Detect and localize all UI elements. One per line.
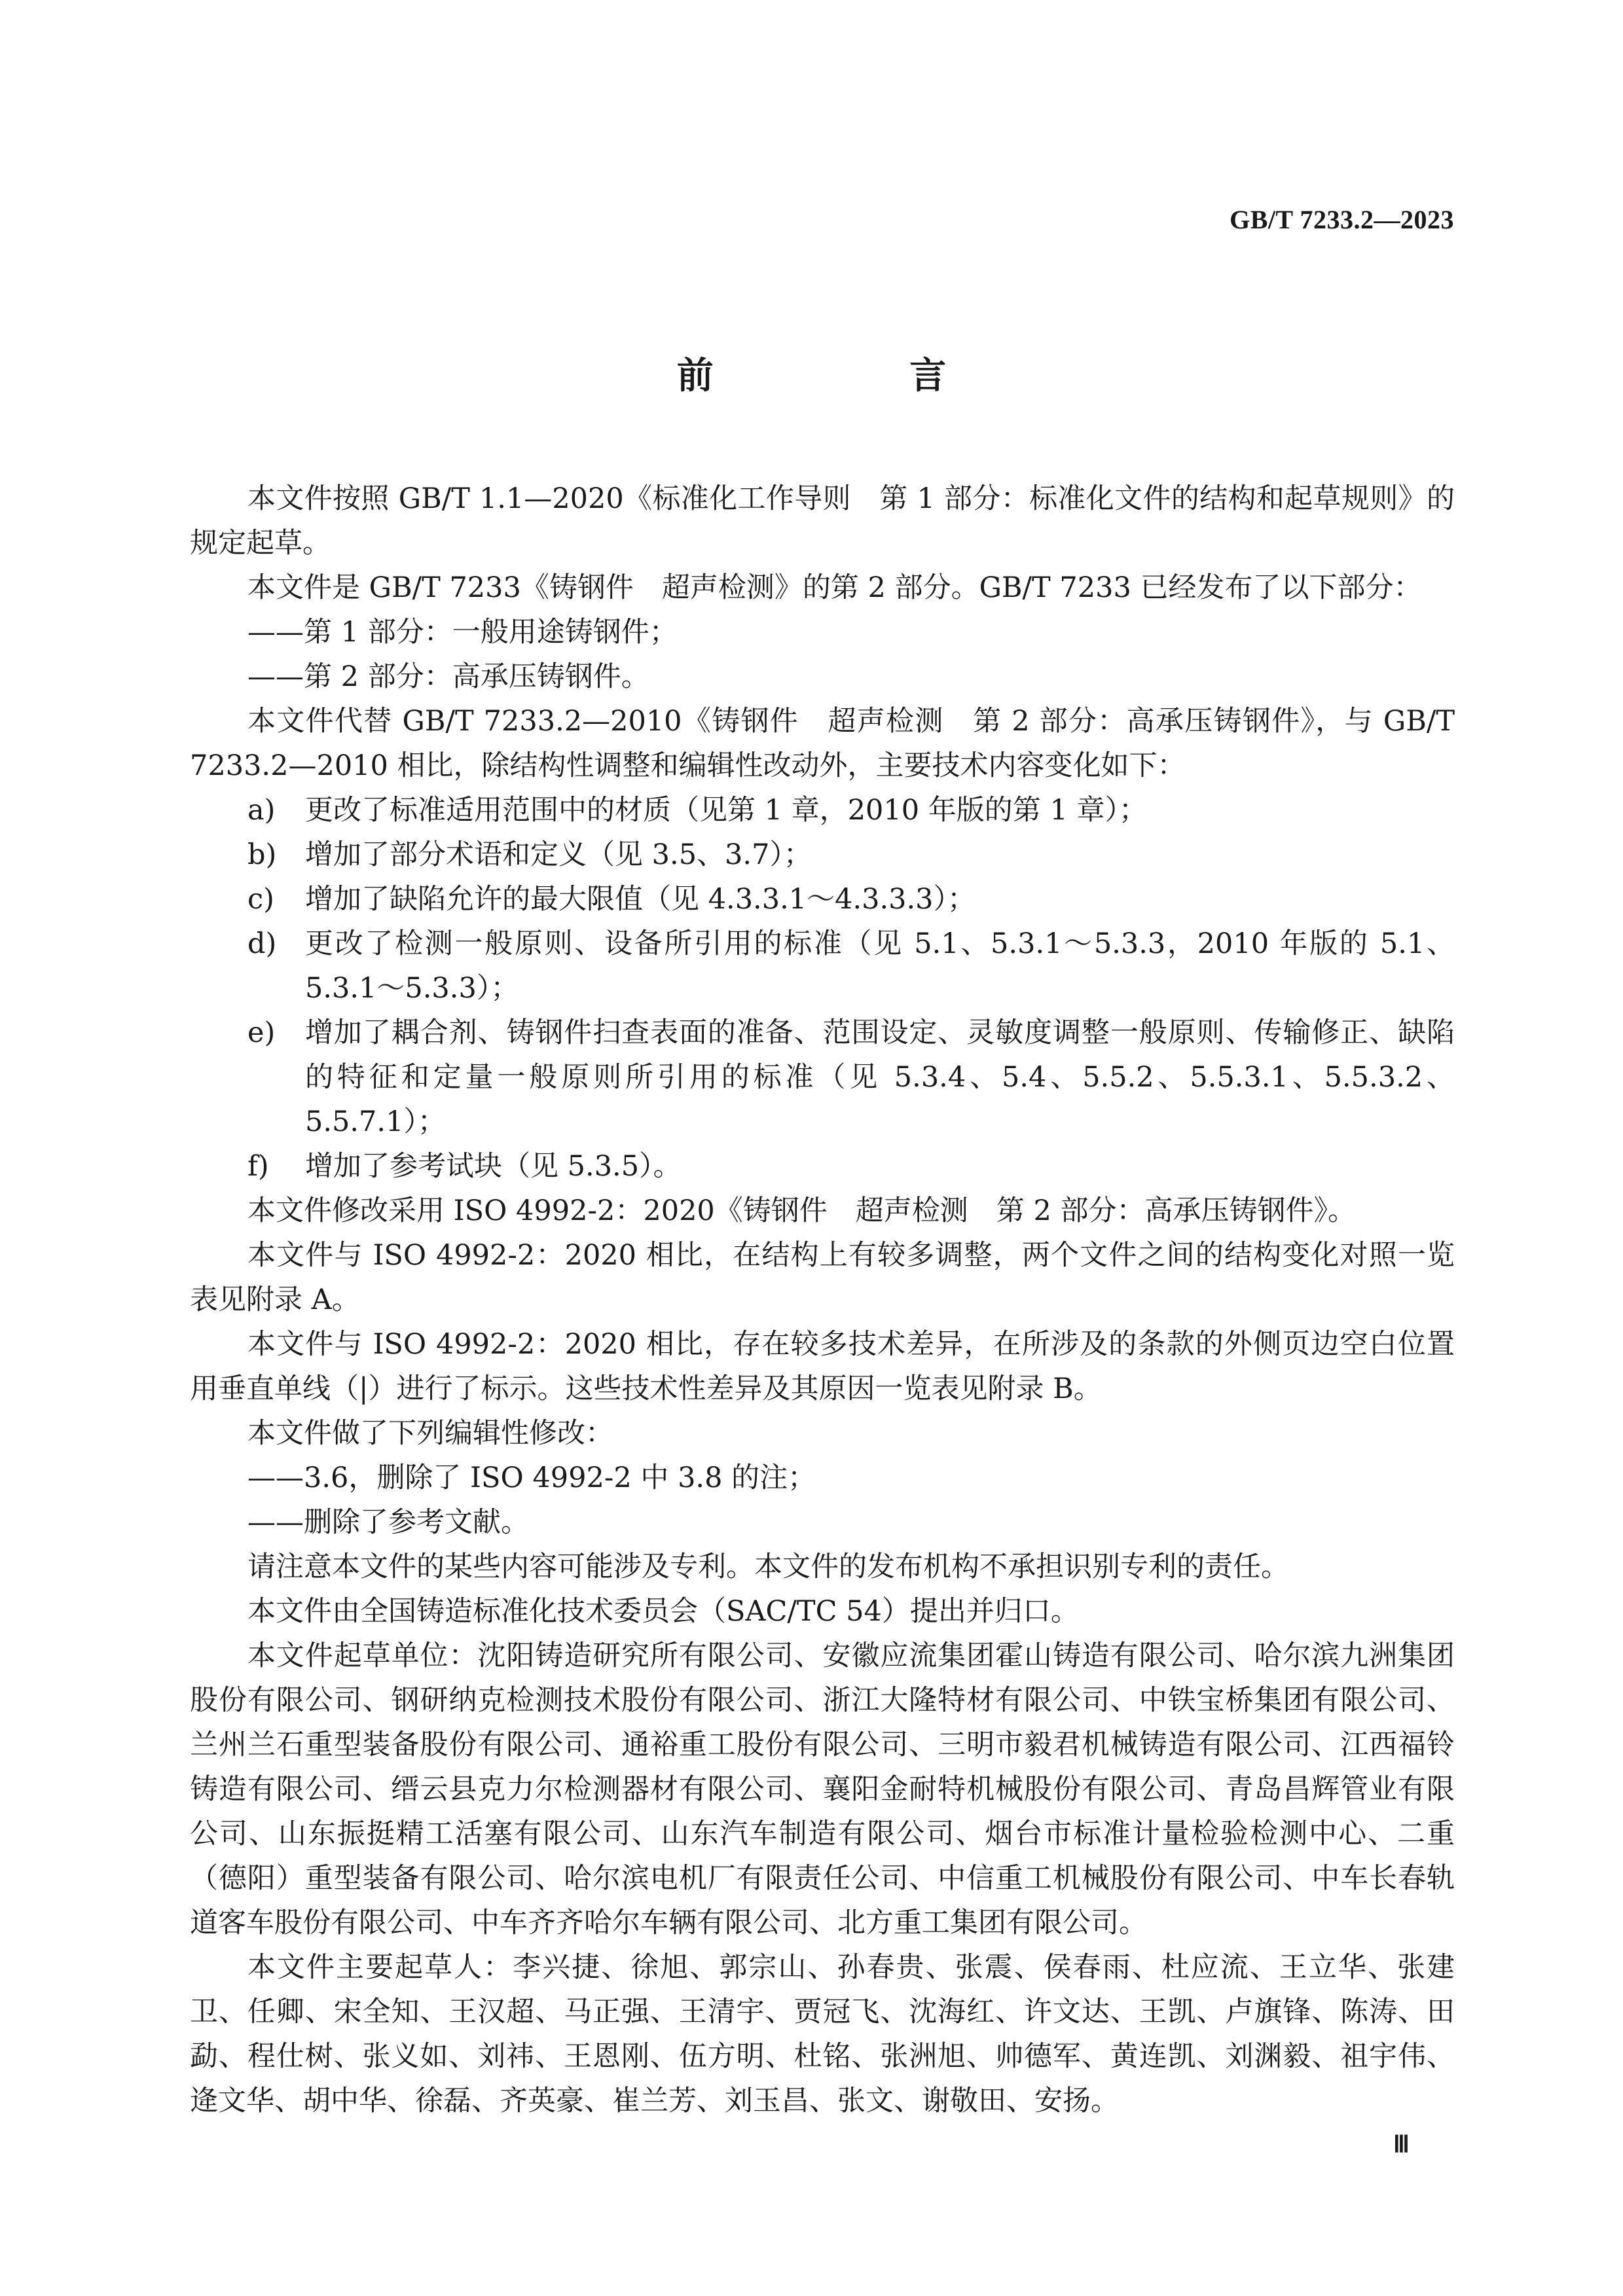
paragraph-drafting-rules: 本文件按照 GB/T 1.1—2020《标准化工作导则 第 1 部分：标准化文件… <box>190 476 1455 565</box>
list-item-text: 增加了缺陷允许的最大限值（见 4.3.3.1～4.3.3.3）； <box>305 877 1455 922</box>
document-body: 本文件按照 GB/T 1.1—2020《标准化工作导则 第 1 部分：标准化文件… <box>190 476 1455 2123</box>
paragraph-editorial-changes: 本文件做了下列编辑性修改： <box>190 1411 1455 1456</box>
paragraph-drafters: 本文件主要起草人：李兴捷、徐旭、郭宗山、孙春贵、张震、侯春雨、杜应流、王立华、张… <box>190 1945 1455 2123</box>
paragraph-committee: 本文件由全国铸造标准化技术委员会（SAC/TC 54）提出并归口。 <box>190 1589 1455 1634</box>
list-item-text: 更改了标准适用范围中的材质（见第 1 章，2010 年版的第 1 章）； <box>305 788 1455 833</box>
list-item-label: b) <box>190 833 305 877</box>
paragraph-patent-notice: 请注意本文件的某些内容可能涉及专利。本文件的发布机构不承担识别专利的责任。 <box>190 1545 1455 1589</box>
list-item-label: c) <box>190 877 305 922</box>
list-item-change-a: a) 更改了标准适用范围中的材质（见第 1 章，2010 年版的第 1 章）； <box>190 788 1455 833</box>
list-item-change-f: f) 增加了参考试块（见 5.3.5）。 <box>190 1144 1455 1189</box>
list-item-text: 增加了参考试块（见 5.3.5）。 <box>305 1144 1455 1189</box>
paragraph-drafting-units: 本文件起草单位：沈阳铸造研究所有限公司、安徽应流集团霍山铸造有限公司、哈尔滨九洲… <box>190 1634 1455 1945</box>
list-item-text: 增加了耦合剂、铸钢件扫查表面的准备、范围设定、灵敏度调整一般原则、传输修正、缺陷… <box>305 1011 1455 1144</box>
list-item-label: e) <box>190 1011 305 1144</box>
list-item-label: f) <box>190 1144 305 1189</box>
list-item-text: 增加了部分术语和定义（见 3.5、3.7）； <box>305 833 1455 877</box>
list-item-part-1: ——第 1 部分：一般用途铸钢件； <box>190 610 1455 655</box>
list-item-change-e: e) 增加了耦合剂、铸钢件扫查表面的准备、范围设定、灵敏度调整一般原则、传输修正… <box>190 1011 1455 1144</box>
page-number: Ⅲ <box>1393 2130 1410 2158</box>
standard-number: GB/T 7233.2—2023 <box>1230 204 1454 235</box>
list-item-change-c: c) 增加了缺陷允许的最大限值（见 4.3.3.1～4.3.3.3）； <box>190 877 1455 922</box>
changes-list: a) 更改了标准适用范围中的材质（见第 1 章，2010 年版的第 1 章）； … <box>190 788 1455 1189</box>
list-item-change-d: d) 更改了检测一般原则、设备所引用的标准（见 5.1、5.3.1～5.3.3，… <box>190 922 1455 1011</box>
list-item-label: d) <box>190 922 305 1011</box>
paragraph-series-parts: 本文件是 GB/T 7233《铸钢件 超声检测》的第 2 部分。GB/T 723… <box>190 565 1455 610</box>
list-item-edit-1: ——3.6，删除了 ISO 4992-2 中 3.8 的注； <box>190 1456 1455 1500</box>
paragraph-replacement: 本文件代替 GB/T 7233.2—2010《铸钢件 超声检测 第 2 部分：高… <box>190 699 1455 788</box>
paragraph-iso-adoption: 本文件修改采用 ISO 4992-2：2020《铸钢件 超声检测 第 2 部分：… <box>190 1189 1455 1233</box>
list-item-part-2: ——第 2 部分：高承压铸钢件。 <box>190 655 1455 699</box>
list-item-label: a) <box>190 788 305 833</box>
list-item-edit-2: ——删除了参考文献。 <box>190 1500 1455 1545</box>
page-title: 前 言 <box>0 347 1623 399</box>
paragraph-technical-differences: 本文件与 ISO 4992-2：2020 相比，存在较多技术差异，在所涉及的条款… <box>190 1322 1455 1411</box>
list-item-text: 更改了检测一般原则、设备所引用的标准（见 5.1、5.3.1～5.3.3，201… <box>305 922 1455 1011</box>
paragraph-structure-changes: 本文件与 ISO 4992-2：2020 相比，在结构上有较多调整，两个文件之间… <box>190 1233 1455 1322</box>
list-item-change-b: b) 增加了部分术语和定义（见 3.5、3.7）； <box>190 833 1455 877</box>
